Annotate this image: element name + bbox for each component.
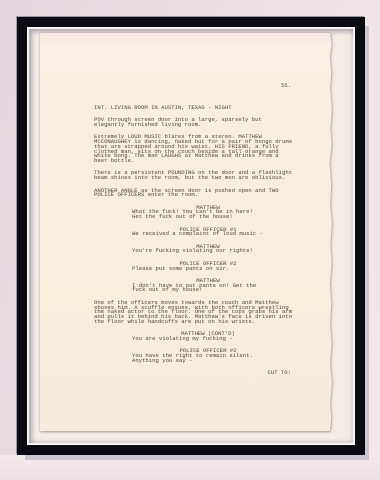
dialogue-lines: I don't have to put pants on! Get the fu… — [132, 284, 284, 294]
dialogue-block: POLICE OFFICER #2 You have the right to … — [132, 349, 284, 363]
dialogue-block: POLICE OFFICER #2 Please put some pants … — [132, 262, 284, 272]
wall-highlight — [0, 455, 380, 480]
dialogue-lines: You are violating my fucking - — [132, 337, 284, 342]
action-block: There is a persistent POUNDING on the do… — [94, 171, 291, 181]
mat-board: 55. INT. LIVING ROOM IN AUSTIN, TEXAS - … — [27, 27, 355, 445]
dialogue-lines: You're fucking violating our rights! — [132, 249, 284, 254]
dialogue-lines: What the fuck! You can't be in here! Get… — [132, 210, 284, 220]
dialogue-block: POLICE OFFICER #1 We received a complain… — [132, 228, 284, 238]
transition-cut-to: CUT TO: — [94, 371, 291, 376]
dialogue-block: MATTHEW What the fuck! You can't be in h… — [132, 206, 284, 220]
dialogue-block: MATTHEW (CONT'D) You are violating my fu… — [132, 332, 284, 342]
dialogue-block: MATTHEW You're fucking violating our rig… — [132, 245, 284, 255]
dialogue-lines: You have the right to remain silent. Any… — [132, 354, 284, 364]
picture-frame: 55. INT. LIVING ROOM IN AUSTIN, TEXAS - … — [17, 17, 365, 455]
page-number: 55. — [94, 84, 291, 89]
dialogue-lines: We received a complaint of loud music - — [132, 232, 284, 237]
scene-heading: INT. LIVING ROOM IN AUSTIN, TEXAS - NIGH… — [94, 106, 291, 111]
action-block: POV through screen door into a large, sp… — [94, 118, 291, 128]
action-block: Extremely LOUD MUSIC blares from a stere… — [94, 135, 291, 164]
action-block: ANOTHER ANGLE as the screen door is push… — [94, 189, 291, 199]
script-page: 55. INT. LIVING ROOM IN AUSTIN, TEXAS - … — [40, 33, 333, 431]
script-page-wrapper: 55. INT. LIVING ROOM IN AUSTIN, TEXAS - … — [40, 33, 333, 431]
dialogue-block: MATTHEW I don't have to put pants on! Ge… — [132, 279, 284, 293]
action-block: One of the officers moves towards the co… — [94, 301, 291, 325]
dialogue-lines: Please put some pants on sir. — [132, 267, 284, 272]
screenplay-text: 55. INT. LIVING ROOM IN AUSTIN, TEXAS - … — [94, 84, 291, 376]
